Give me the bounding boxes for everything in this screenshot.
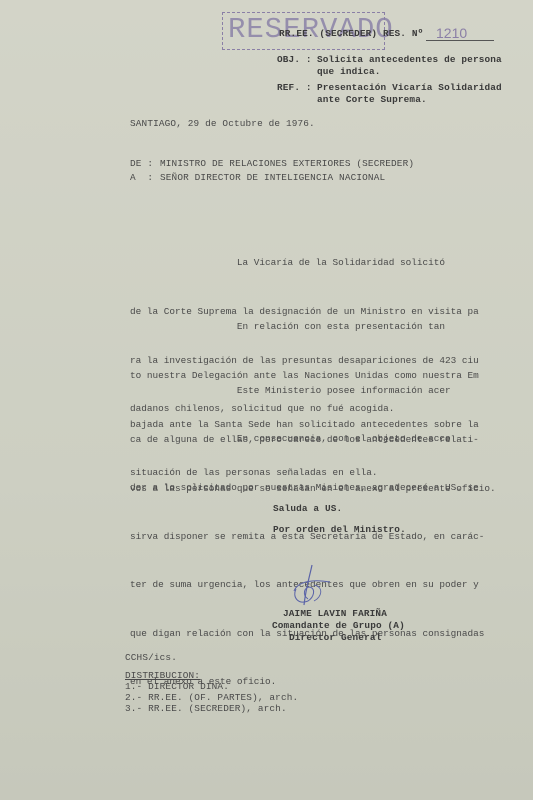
- body-line: La Vicaría de la Solidaridad solicitó: [130, 255, 480, 271]
- from-value: MINISTRO DE RELACIONES EXTERIORES (SECRE…: [160, 158, 414, 169]
- body-line: Este Ministerio posee información acer: [130, 383, 480, 399]
- from-label: DE :: [130, 158, 153, 169]
- number-underline: [426, 40, 494, 41]
- document-number: 1210: [436, 25, 467, 41]
- obj-line-1: Solicita antecedentes de persona: [317, 54, 502, 65]
- distribution-item: 2.- RR.EE. (OF. PARTES), arch.: [125, 692, 298, 703]
- signatory-name: JAIME LAVIN FARIÑA: [283, 608, 387, 619]
- ref-line-2: ante Corte Suprema.: [317, 94, 427, 105]
- obj-line-2: que indica.: [317, 66, 381, 77]
- body-paragraph-4: En consecuencia, con el objeto de acce d…: [130, 399, 480, 707]
- signature-scribble-icon: [284, 563, 344, 613]
- to-label: A :: [130, 172, 153, 183]
- signatory-rank: Comandante de Grupo (A): [272, 620, 405, 631]
- body-line: der a lo solicitado por nuestras Misione…: [130, 480, 480, 496]
- by-order-line: Por orden del Ministro.: [273, 524, 406, 535]
- to-value: SEÑOR DIRECTOR DE INTELIGENCIA NACIONAL: [160, 172, 385, 183]
- reference-code: RR.EE. (SECREDER) RES. Nº: [279, 28, 423, 39]
- ref-label: REF. :: [277, 82, 312, 93]
- typist-initials: CCHS/ics.: [125, 652, 177, 663]
- signatory-title: Director General: [289, 632, 381, 643]
- obj-label: OBJ. :: [277, 54, 312, 65]
- salutation: Saluda a US.: [273, 503, 342, 514]
- distribution-item: 1.- DIRECTOR DINA.: [125, 681, 229, 692]
- date-line: SANTIAGO, 29 de Octubre de 1976.: [130, 118, 315, 129]
- body-line: En consecuencia, con el objeto de acce: [130, 431, 480, 447]
- body-line: En relación con esta presentación tan: [130, 319, 480, 335]
- ref-line-1: Presentación Vicaría Solidaridad: [317, 82, 502, 93]
- distribution-item: 3.- RR.EE. (SECREDER), arch.: [125, 703, 287, 714]
- distribution-label: DISTRIBUCION:: [125, 670, 200, 681]
